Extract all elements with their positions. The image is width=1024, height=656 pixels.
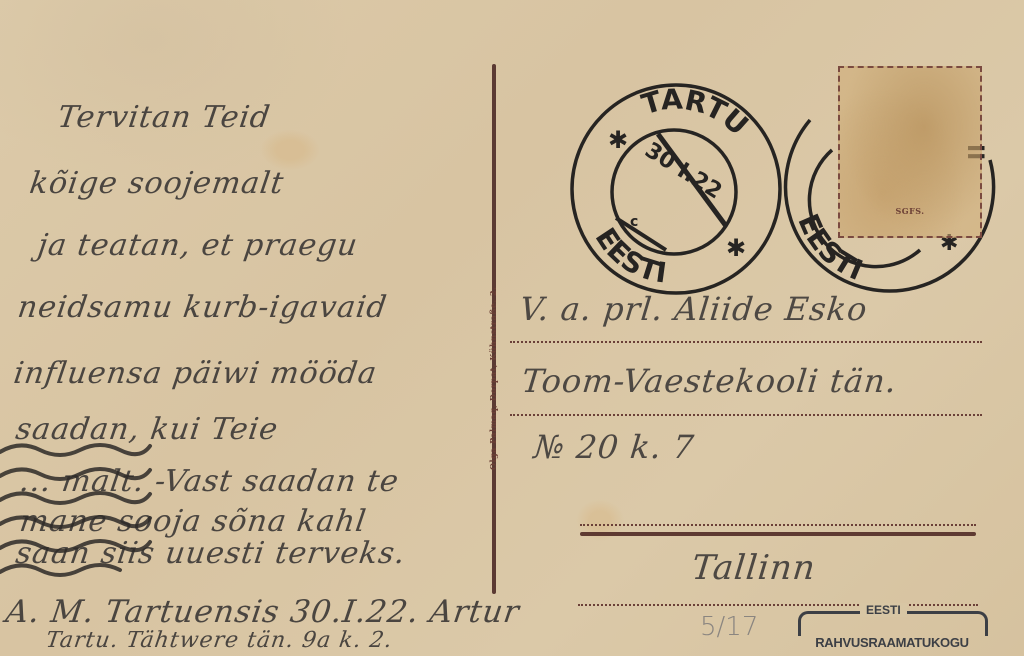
- message-line: kõige soojemalt: [28, 166, 287, 201]
- message-line: Tervitan Teid: [56, 100, 273, 135]
- library-stamp: EESTI RAHVUSRAAMATUKOGU: [798, 603, 986, 653]
- message-line: ja teatan, et praegu: [36, 228, 361, 263]
- address-dotted-line: [580, 524, 976, 526]
- library-stamp-top: EESTI: [860, 603, 907, 617]
- recipient-city: Tallinn: [690, 548, 818, 588]
- stamp-placeholder: SGFS.: [838, 66, 982, 238]
- library-stamp-bottom: RAHVUSRAAMATUKOGU: [798, 635, 986, 650]
- stamp-label: SGFS.: [840, 206, 980, 216]
- recipient-line-2: Toom-Vaestekooli tän.: [520, 362, 899, 400]
- address-dotted-line: [510, 414, 982, 416]
- recipient-line-1: V. a. prl. Aliide Esko: [518, 290, 869, 328]
- postmark-tartu-icon: TARTU EESTI ✱ ✱ 30 I.22 c: [566, 78, 786, 300]
- postmark-date: 30 I.22: [640, 138, 726, 204]
- svg-text:✱: ✱: [726, 234, 746, 262]
- address-solid-line: [580, 532, 976, 536]
- postcard: Tervitan Teid kõige soojemalt ja teatan,…: [0, 0, 1024, 656]
- svg-text:✱: ✱: [608, 126, 628, 154]
- message-line: neidsamu kurb-igavaid: [16, 290, 390, 325]
- address-dotted-line: [510, 341, 982, 343]
- signature: A. M. Tartuensis 30.I.22. Artur: [3, 594, 521, 630]
- recipient-line-3: № 20 k. 7: [532, 428, 696, 466]
- printer-imprint: Olga Palmaq, Dorpat, Kühnstraße. 2.: [488, 287, 498, 470]
- message-line: influensa päiwi mööda: [12, 356, 380, 391]
- sender-address: Tartu. Tähtwere tän. 9a k. 2.: [44, 628, 394, 653]
- svg-text:c: c: [630, 214, 638, 230]
- wavy-cancellation-icon: [0, 440, 160, 580]
- pencil-note: 5/17: [700, 612, 758, 642]
